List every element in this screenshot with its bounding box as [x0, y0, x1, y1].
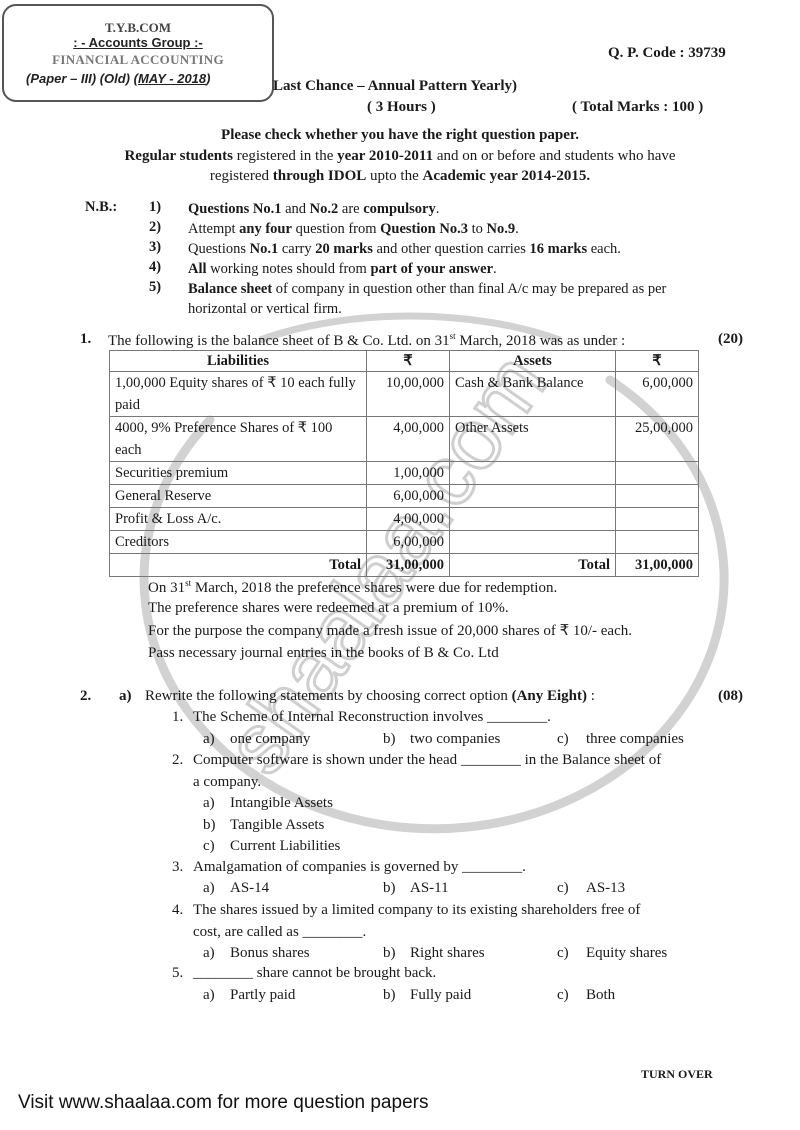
asset-cell: [450, 485, 616, 508]
check-paper-notice: Please check whether you have the right …: [0, 127, 800, 144]
mcq-option-letter: c): [557, 731, 569, 748]
mcq-option-text: Both: [586, 987, 615, 1004]
header-rupee-1: ₹: [367, 351, 450, 372]
q1-marks: (20): [718, 331, 743, 348]
balance-sheet-table: Liabilities ₹ Assets ₹ 1,00,000 Equity s…: [109, 350, 699, 577]
mcq-option-letter: c): [557, 880, 569, 897]
mcq-option-letter: a): [203, 945, 215, 962]
mcq-option-letter: a): [203, 731, 215, 748]
nb-item-text: Attempt any four question from Question …: [188, 219, 728, 239]
mcq-option-text: Right shares: [410, 945, 485, 962]
mcq-number: 3.: [172, 859, 183, 876]
mcq-option-letter: b): [383, 987, 396, 1004]
turn-over-label: TURN OVER: [641, 1067, 713, 1082]
table-row: Profit & Loss A/c.4,00,000: [110, 508, 699, 531]
nb-item-number: 5): [149, 279, 161, 296]
asset-cell: [450, 531, 616, 554]
total-label-assets: Total: [450, 554, 616, 577]
liability-amount: 4,00,000: [367, 417, 450, 462]
mcq-question-text: The Scheme of Internal Reconstruction in…: [193, 709, 551, 726]
mcq-option-letter: c): [557, 945, 569, 962]
mcq-option-letter: c): [557, 987, 569, 1004]
exam-pattern: Last Chance – Annual Pattern Yearly): [273, 78, 517, 95]
mcq-option-text: one company: [230, 731, 310, 748]
liability-cell: Securities premium: [110, 462, 367, 485]
q1-note: On 31st March, 2018 the preference share…: [148, 578, 557, 597]
asset-cell: Other Assets: [450, 417, 616, 462]
liability-cell: Creditors: [110, 531, 367, 554]
liability-cell: 1,00,000 Equity shares of ₹ 10 each full…: [110, 372, 367, 417]
asset-cell: Cash & Bank Balance: [450, 372, 616, 417]
asset-cell: [450, 508, 616, 531]
q2-instruction: Rewrite the following statements by choo…: [145, 688, 595, 705]
mcq-question-text: Computer software is shown under the hea…: [193, 752, 661, 769]
nb-label: N.B.:: [85, 199, 117, 216]
mcq-option-text: Bonus shares: [230, 945, 310, 962]
liability-cell: Profit & Loss A/c.: [110, 508, 367, 531]
subject-name: FINANCIAL ACCOUNTING: [4, 50, 272, 70]
eligibility-line-1: Regular students registered in the year …: [0, 148, 800, 165]
mcq-option-letter: b): [383, 880, 396, 897]
header-rupee-2: ₹: [616, 351, 699, 372]
mcq-option-letter: b): [383, 731, 396, 748]
header-assets: Assets: [450, 351, 616, 372]
table-row: General Reserve6,00,000: [110, 485, 699, 508]
table-row: Securities premium1,00,000: [110, 462, 699, 485]
mcq-number: 2.: [172, 752, 183, 769]
mcq-option-text: AS-11: [410, 880, 449, 897]
q1-note: The preference shares were redeemed at a…: [148, 600, 509, 617]
course-stamp: T.Y.B.COM : - Accounts Group :- FINANCIA…: [2, 4, 274, 102]
exam-duration: ( 3 Hours ): [367, 99, 436, 116]
mcq-option-text: Intangible Assets: [230, 795, 333, 812]
liability-amount: 6,00,000: [367, 531, 450, 554]
mcq-number: 4.: [172, 902, 183, 919]
total-marks: ( Total Marks : 100 ): [572, 99, 703, 116]
mcq-question-text: Amalgamation of companies is governed by…: [193, 859, 526, 876]
nb-item-text: All working notes should from part of yo…: [188, 259, 728, 279]
mcq-option-letter: c): [203, 838, 215, 855]
q1-note: For the purpose the company made a fresh…: [148, 621, 632, 640]
qp-code: Q. P. Code : 39739: [608, 45, 726, 62]
q1-text: The following is the balance sheet of B …: [108, 331, 625, 350]
nb-item-number: 4): [149, 259, 161, 276]
asset-amount: 25,00,000: [616, 417, 699, 462]
header-liabilities: Liabilities: [110, 351, 367, 372]
mcq-option-text: Tangible Assets: [230, 817, 324, 834]
q2-part: a): [119, 688, 132, 705]
mcq-option-text: AS-14: [230, 880, 269, 897]
mcq-option-text: Equity shares: [586, 945, 667, 962]
liability-amount: 10,00,000: [367, 372, 450, 417]
total-row: Total31,00,000Total31,00,000: [110, 554, 699, 577]
mcq-option-letter: a): [203, 987, 215, 1004]
mcq-question-text: The shares issued by a limited company t…: [193, 902, 640, 919]
group-name: : - Accounts Group :-: [4, 35, 272, 50]
total-assets: 31,00,000: [616, 554, 699, 577]
asset-cell: [450, 462, 616, 485]
mcq-question-text-cont: cost, are called as ________.: [193, 924, 366, 941]
mcq-number: 5.: [172, 965, 183, 982]
table-row: 1,00,000 Equity shares of ₹ 10 each full…: [110, 372, 699, 417]
mcq-number: 1.: [172, 709, 183, 726]
liability-cell: 4000, 9% Preference Shares of ₹ 100 each: [110, 417, 367, 462]
mcq-question-text-cont: a company.: [193, 774, 261, 791]
paper-info: (Paper – III) (Old) (MAY - 2018): [4, 70, 272, 88]
asset-amount: [616, 485, 699, 508]
mcq-option-text: Partly paid: [230, 987, 295, 1004]
liability-cell: General Reserve: [110, 485, 367, 508]
mcq-option-letter: b): [383, 945, 396, 962]
q1-number: 1.: [80, 331, 91, 348]
liability-amount: 6,00,000: [367, 485, 450, 508]
table-row: 4000, 9% Preference Shares of ₹ 100 each…: [110, 417, 699, 462]
total-liabilities: 31,00,000: [367, 554, 450, 577]
mcq-option-letter: a): [203, 880, 215, 897]
mcq-option-letter: a): [203, 795, 215, 812]
q2-number: 2.: [80, 688, 91, 705]
mcq-option-text: Fully paid: [410, 987, 471, 1004]
visit-site-link[interactable]: Visit www.shaalaa.com for more question …: [18, 1092, 428, 1114]
q2-marks: (08): [718, 688, 743, 705]
liability-amount: 4,00,000: [367, 508, 450, 531]
mcq-question-text: ________ share cannot be brought back.: [193, 965, 436, 982]
eligibility-line-2: registered through IDOL upto the Academi…: [0, 168, 800, 185]
course-name: T.Y.B.COM: [4, 20, 272, 35]
nb-item-text: Questions No.1 carry 20 marks and other …: [188, 239, 728, 259]
asset-amount: [616, 462, 699, 485]
mcq-option-text: two companies: [410, 731, 500, 748]
asset-amount: [616, 531, 699, 554]
asset-amount: [616, 508, 699, 531]
table-header-row: Liabilities ₹ Assets ₹: [110, 351, 699, 372]
asset-amount: 6,00,000: [616, 372, 699, 417]
liability-amount: 1,00,000: [367, 462, 450, 485]
mcq-option-text: three companies: [586, 731, 684, 748]
table-row: Creditors6,00,000: [110, 531, 699, 554]
nb-item-text: Questions No.1 and No.2 are compulsory.: [188, 199, 728, 219]
nb-item-text: Balance sheet of company in question oth…: [188, 279, 728, 319]
nb-item-number: 3): [149, 239, 161, 256]
q1-note: Pass necessary journal entries in the bo…: [148, 645, 499, 662]
nb-item-number: 1): [149, 199, 161, 216]
mcq-option-text: Current Liabilities: [230, 838, 340, 855]
mcq-option-text: AS-13: [586, 880, 625, 897]
nb-item-number: 2): [149, 219, 161, 236]
mcq-option-letter: b): [203, 817, 216, 834]
total-label-liabilities: Total: [110, 554, 367, 577]
